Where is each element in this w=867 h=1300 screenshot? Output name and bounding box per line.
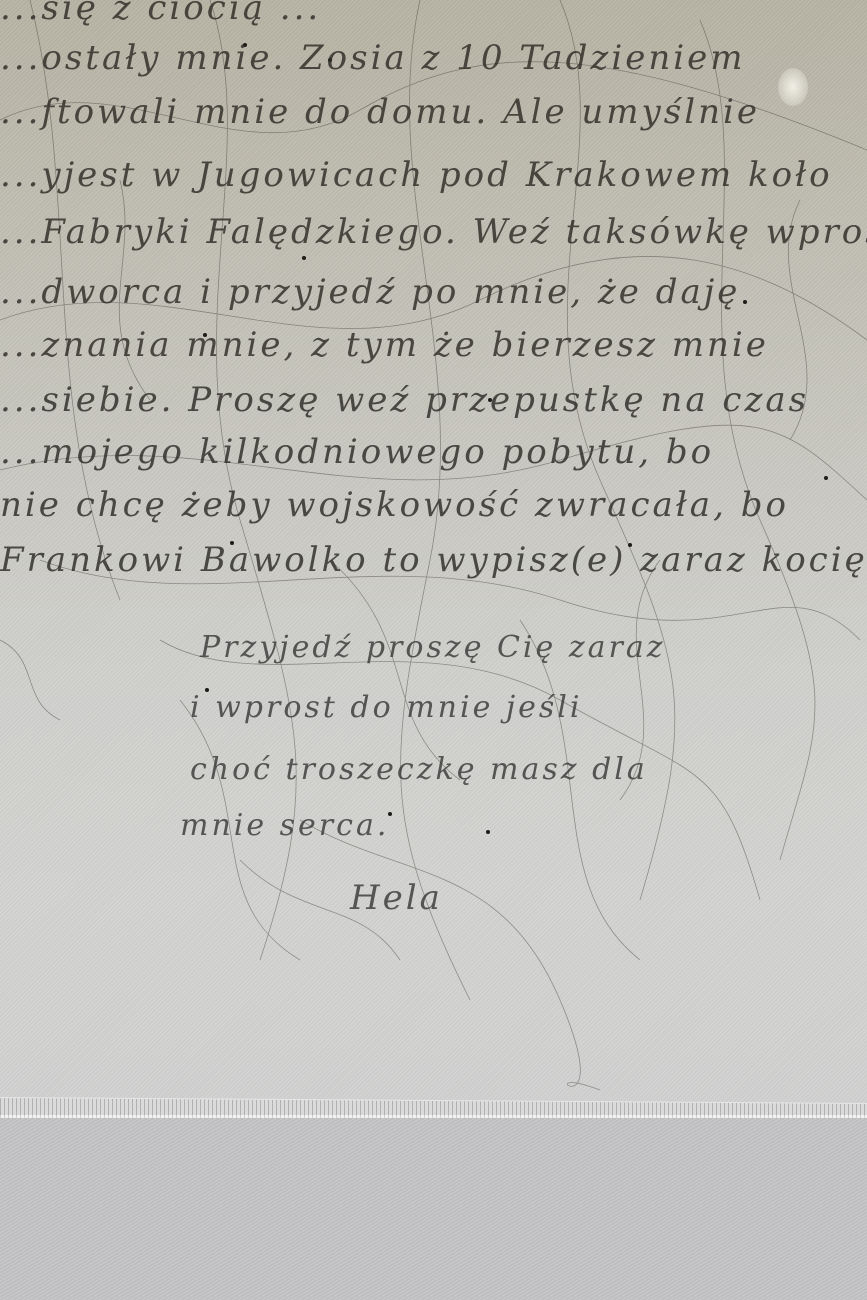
letter-line: ...dworca i przyjedź po mnie, że daję — [0, 272, 740, 312]
closing-line: Przyjedź proszę Cię zaraz — [200, 630, 666, 665]
letter-line: nie chcę żeby wojskowość zwracała, bo — [0, 485, 789, 525]
letter-line: ...się z ciocią ... — [0, 0, 321, 28]
closing-line: i wprost do mnie jeśli — [190, 690, 583, 725]
letter-line: ...yjest w Jugowicach pod Krakowem koło — [0, 155, 833, 195]
signature: Hela — [350, 878, 443, 918]
letter-line: ...ftowali mnie do domu. Ale umyślnie — [0, 92, 760, 132]
letter-line: ...mojego kilkodniowego pobytu, bo — [0, 432, 714, 472]
embroidered-fabric: ...się z ciocią ... ...ostały mnie. Zosi… — [0, 0, 867, 1115]
letter-line: ...ostały mnie. Zosia z 10 Tadzieniem — [0, 38, 745, 78]
letter-line: Frankowi Bawolko to wypisz(e) zaraz koci… — [0, 540, 867, 580]
letter-line: ...Fabryki Falędzkiego. Weź taksówkę wpr… — [0, 212, 867, 252]
closing-line: mnie serca. — [180, 808, 389, 843]
grey-backing — [0, 1118, 867, 1300]
closing-line: choć troszeczkę masz dla — [190, 752, 648, 787]
letter-line: ...znania mnie, z tym że bierzesz mnie — [0, 325, 769, 365]
letter-line: ...siebie. Proszę weź przepustkę na czas — [0, 380, 809, 420]
